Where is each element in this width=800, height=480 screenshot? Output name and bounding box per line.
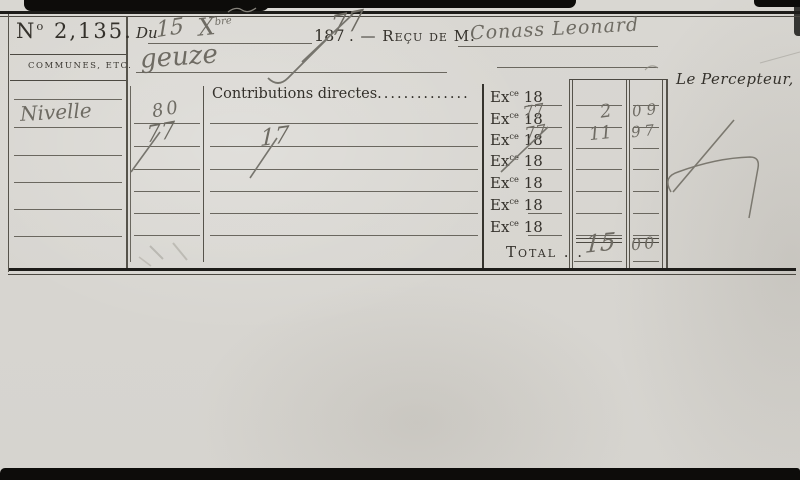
mid-line <box>210 146 478 147</box>
ex-label: Ex <box>490 131 509 149</box>
francs-underline <box>576 213 622 214</box>
total-label: Total . . <box>506 243 584 261</box>
handwritten-recipient-name: Conass Leonard <box>470 14 640 45</box>
receipt-number-value: 2,135. <box>54 19 133 43</box>
mid-line <box>210 235 478 236</box>
col2-line <box>134 146 200 147</box>
ex-sup: ce <box>509 174 519 184</box>
amount-box-right-a <box>662 79 663 268</box>
scanned-receipt: No 2,135. COMMUNES, ETC. Du 15 Xbre 187 … <box>0 0 800 480</box>
francs-col-left-a <box>569 79 570 268</box>
ex-year: 18 <box>524 196 543 214</box>
amount-box-top-rule <box>570 79 667 80</box>
receipt-number: No 2,135. <box>16 19 133 43</box>
handwritten-cents-2: 09 <box>631 100 662 121</box>
top-rule-thin <box>0 16 800 17</box>
handwritten-cents-3: 97 <box>630 121 659 142</box>
percepteur-label: Le Percepteur, <box>676 70 794 88</box>
handwritten-francs-2: 2 <box>599 100 613 122</box>
no-box-rule-2 <box>10 80 126 81</box>
ex-year: 18 <box>524 152 543 170</box>
col2-line <box>134 191 200 192</box>
col2-line <box>134 235 200 236</box>
ex-label: Ex <box>490 196 509 214</box>
ex-underline <box>528 169 562 170</box>
handwritten-col2-value-2: 77 <box>146 117 175 148</box>
col1-line <box>14 236 122 237</box>
cents-underline <box>633 213 659 214</box>
ex-label: Ex <box>490 152 509 170</box>
crease-top-right <box>760 52 800 63</box>
handwritten-line2: geuze <box>139 39 219 74</box>
ex-year: 18 <box>524 174 543 192</box>
no-box-rule-1 <box>10 54 126 55</box>
col1-line <box>14 209 122 210</box>
ex-year: 18 <box>524 218 543 236</box>
ex-sup: ce <box>509 218 519 228</box>
torn-edge-right-sliver <box>794 0 800 36</box>
ex-label: Ex <box>490 218 509 236</box>
ex-row-4: Exce 18 <box>490 152 543 170</box>
handwritten-contributions-value: 17 <box>260 122 290 152</box>
handwritten-total-cents: 00 <box>630 233 658 255</box>
ex-row-5: Exce 18 <box>490 174 543 192</box>
mid-line <box>210 123 478 124</box>
col1-line <box>14 182 122 183</box>
mid-line <box>210 169 478 170</box>
no-ordinal: o <box>36 19 45 33</box>
form-bottom-rule-thin <box>8 274 796 275</box>
torn-edge-top-left <box>24 0 270 11</box>
ex-sup: ce <box>509 131 519 141</box>
smudge-mark-3 <box>139 257 151 266</box>
ex-column-left-line <box>482 84 484 268</box>
col2-right-line <box>203 86 204 262</box>
ex-sup: ce <box>509 196 519 206</box>
handwritten-date-day: 15 <box>156 14 184 44</box>
handwritten-commune: Nivelle <box>19 98 92 126</box>
total-underline-francs <box>574 261 622 262</box>
du-label: Du <box>136 24 158 42</box>
amount-box-right-b <box>666 79 668 268</box>
name-underline <box>458 46 658 47</box>
month-abbrev-sup: bre <box>214 15 232 28</box>
handwritten-francs-3: 11 <box>588 122 613 145</box>
signature-paraph-stroke <box>668 157 759 218</box>
handwritten-ex-year-2: 77 <box>521 100 546 123</box>
total-underline-cents <box>633 261 659 262</box>
col2-left-line <box>130 86 131 262</box>
ex-sup: ce <box>509 88 519 98</box>
ex-sup: ce <box>509 110 519 120</box>
francs-underline <box>576 191 622 192</box>
mid-line <box>210 213 478 214</box>
torn-edge-bottom <box>0 468 800 480</box>
ex-row-7: Exce 18 <box>490 218 543 236</box>
francs-underline <box>576 148 622 149</box>
ex-row-6: Exce 18 <box>490 196 543 214</box>
communes-label: COMMUNES, ETC. <box>28 61 132 71</box>
ex-label: Ex <box>490 110 509 128</box>
col2-line <box>134 213 200 214</box>
no-box-divider <box>126 16 128 268</box>
ex-underline <box>528 148 562 149</box>
handwritten-total-francs: 15 <box>584 227 616 259</box>
handwritten-ex-year-3: 77 <box>523 121 548 144</box>
top-rule <box>0 11 800 14</box>
leader-dots: .............. <box>377 86 470 102</box>
ex-underline <box>528 213 562 214</box>
form-bottom-rule <box>8 268 796 271</box>
cents-underline <box>633 191 659 192</box>
ex-underline <box>528 235 562 236</box>
left-border <box>8 14 9 272</box>
ex-underline <box>528 191 562 192</box>
ex-label: Ex <box>490 88 509 106</box>
recu-de-label: . — Reçu de M. <box>349 27 476 45</box>
cents-underline <box>633 169 659 170</box>
francs-underline <box>576 169 622 170</box>
handwritten-date-month: Xbre <box>197 10 234 41</box>
line2-underline-left <box>136 72 447 73</box>
line2-checkmark-stroke <box>268 40 326 83</box>
torn-edge-top-mid <box>252 0 576 8</box>
smudge-mark-1 <box>150 246 163 259</box>
no-label: N <box>16 19 36 43</box>
smudge-mark-2 <box>173 243 187 260</box>
contributions-text: Contributions directes <box>212 86 377 102</box>
francs-col-left-b <box>572 79 573 268</box>
col1-line <box>14 127 122 128</box>
col2-line <box>134 169 200 170</box>
line2-underline-right <box>497 67 658 68</box>
cents-col-left-a <box>626 79 627 268</box>
col1-line <box>14 155 122 156</box>
cents-underline <box>633 148 659 149</box>
mid-line <box>210 191 478 192</box>
ex-label: Ex <box>490 174 509 192</box>
contributions-label: Contributions directes.............. <box>212 86 470 102</box>
signature-diagonal-stroke <box>673 120 734 192</box>
ex-sup: ce <box>509 152 519 162</box>
